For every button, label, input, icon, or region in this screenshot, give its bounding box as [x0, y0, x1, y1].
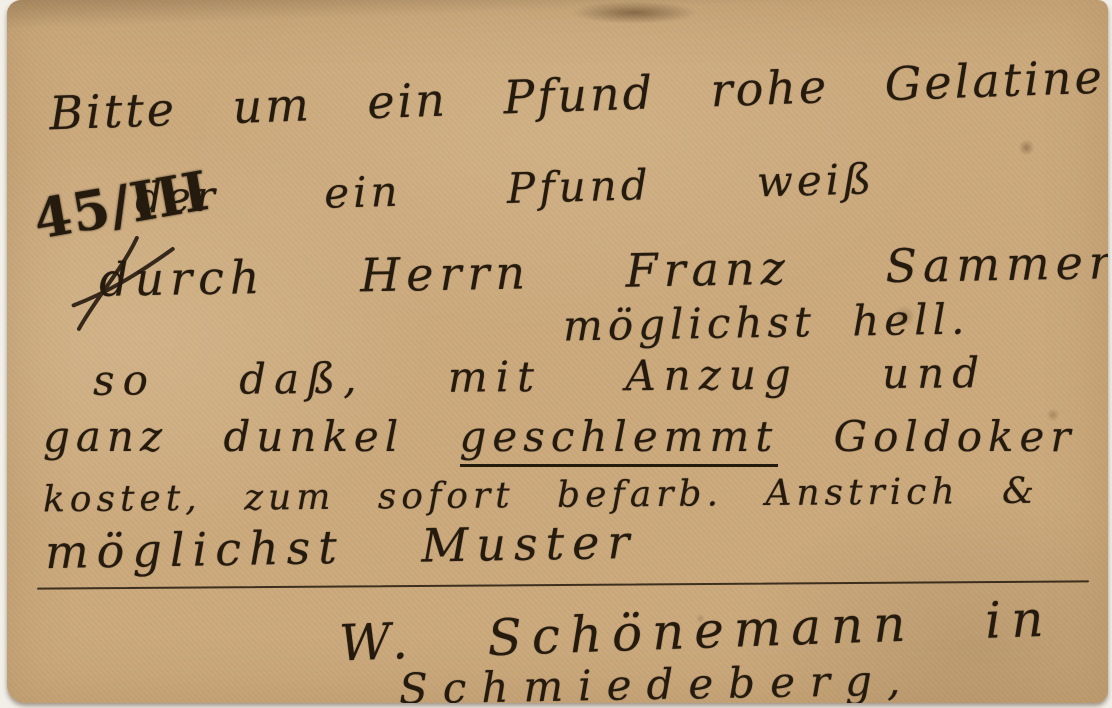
handwriting-line-8: möglichst Muster — [45, 519, 638, 575]
signature-place: Schmiedeberg, — [399, 659, 916, 703]
line-6-pre: ganz dunkel — [43, 412, 460, 461]
handwriting-line-4: möglichst hell. — [563, 298, 970, 347]
scan-background: Bitte um ein Pfund rohe Gelatine 45/III … — [0, 0, 1112, 708]
handwriting-line-3: durch Herrn Franz Sammer — [99, 239, 1108, 303]
signature-name: W. Schönemann in — [338, 594, 1054, 669]
handwriting-line-5: so daß, mit Anzug und — [93, 352, 987, 402]
line-6-post: Goldoker — [778, 412, 1076, 461]
handwriting-line-6: ganz dunkel geschlemmt Goldoker — [43, 416, 1076, 458]
handwriting-line-2: der ein Pfund weiß — [135, 158, 876, 219]
line-6-underlined-word: geschlemmt — [460, 412, 779, 467]
handwriting-line-7: kostet, zum sofort befarb. Anstrich & — [43, 474, 1039, 519]
underline-flourish — [37, 580, 1089, 589]
handwriting-line-1: Bitte um ein Pfund rohe Gelatine — [49, 54, 1106, 137]
postcard: Bitte um ein Pfund rohe Gelatine 45/III … — [7, 0, 1108, 703]
